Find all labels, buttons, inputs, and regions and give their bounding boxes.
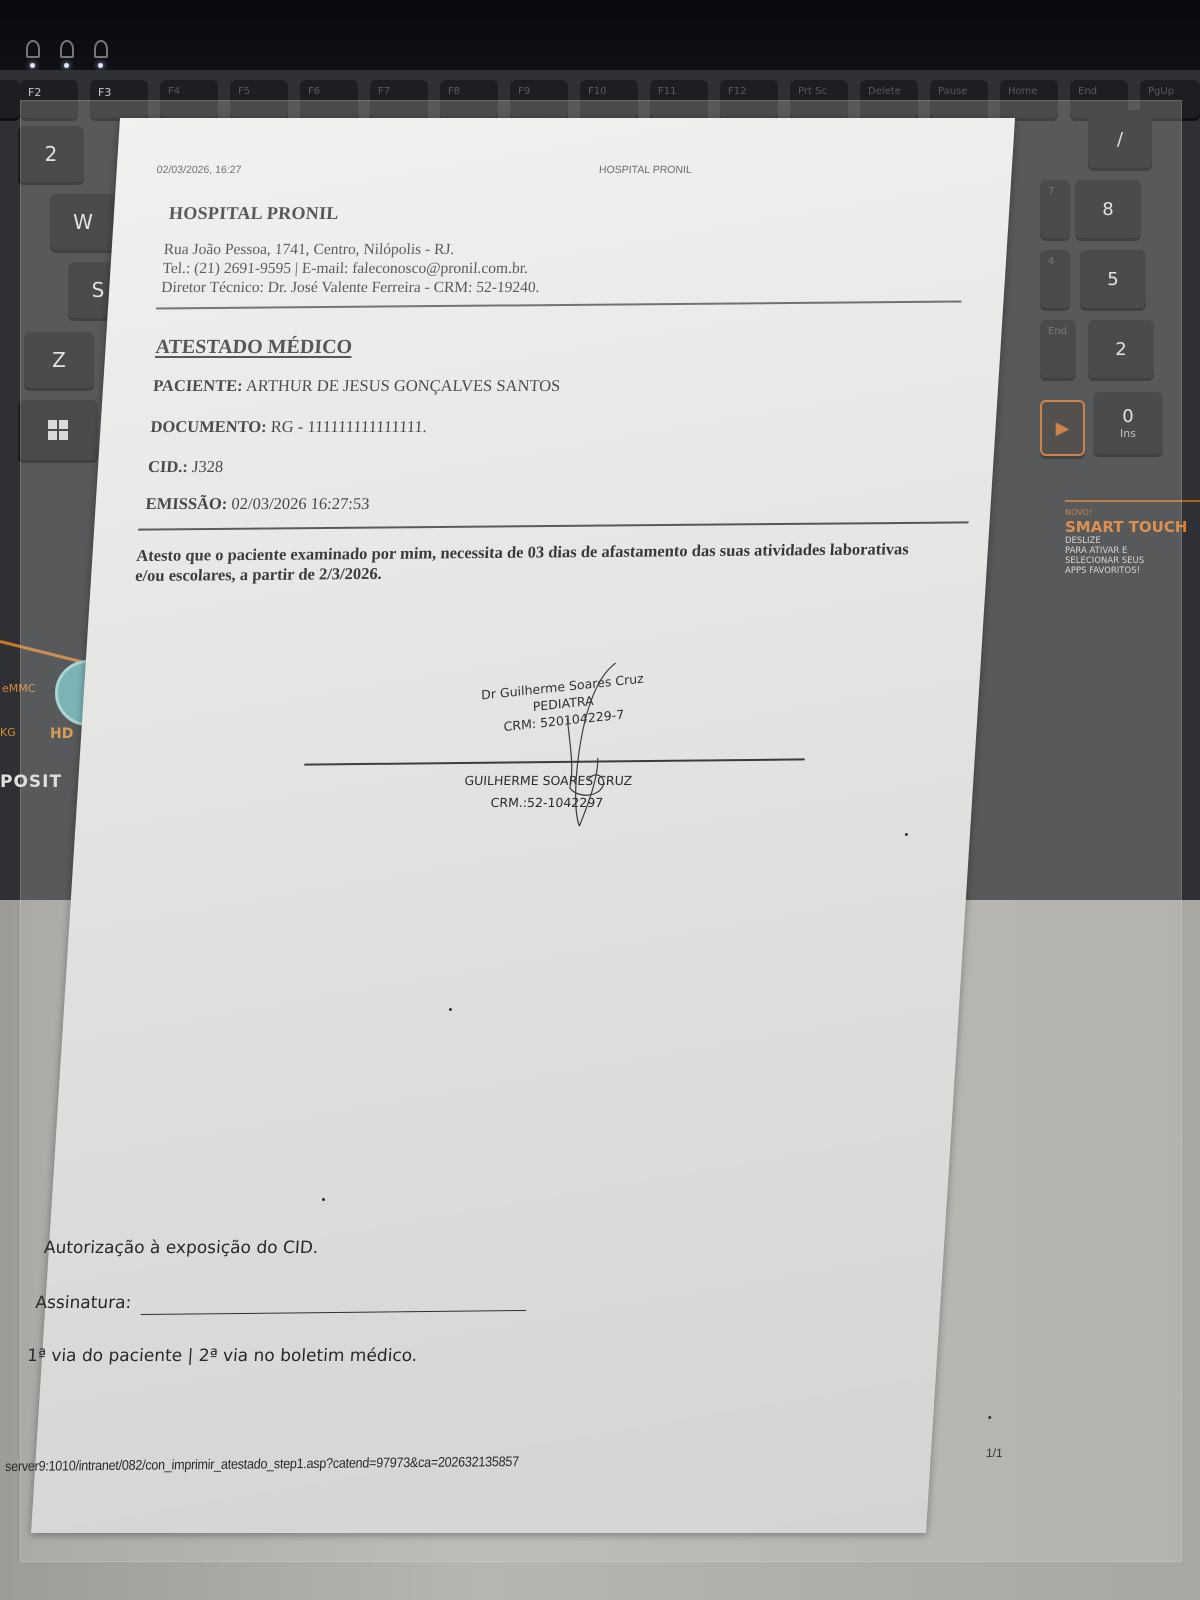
page-number: 1/1	[986, 1446, 1004, 1460]
field-value: 02/03/2026 16:27:53	[231, 494, 370, 513]
cid-authorization: Autorização à exposição do CID.	[43, 1238, 319, 1258]
hospital-name: HOSPITAL PRONIL	[168, 203, 339, 224]
browser-print-header: 02/03/2026, 16:27 HOSPITAL PRONIL	[156, 164, 692, 176]
field-cid: CID.: J328	[147, 457, 223, 477]
print-datetime: 02/03/2026, 16:27	[156, 164, 241, 176]
field-label: PACIENTE:	[153, 376, 244, 395]
copies-note: 1ª via do paciente | 2ª via no boletim m…	[26, 1346, 417, 1366]
field-emissao: EMISSÃO: 02/03/2026 16:27:53	[145, 494, 370, 514]
field-value: RG - 111111111111111.	[270, 417, 427, 436]
header-divider	[156, 300, 961, 309]
field-paciente: PACIENTE: ARTHUR DE JESUS GONÇALVES SANT…	[153, 376, 561, 396]
field-label: DOCUMENTO:	[150, 417, 267, 436]
status-leds	[26, 40, 108, 58]
print-footer-url: server9:1010/intranet/082/con_imprimir_a…	[5, 1453, 520, 1474]
medical-certificate-paper: 02/03/2026, 16:27 HOSPITAL PRONIL HOSPIT…	[31, 118, 1015, 1533]
fields-divider	[138, 521, 969, 530]
assinatura-blank-line	[141, 1298, 527, 1315]
kg-label: KG	[0, 726, 16, 739]
field-label: EMISSÃO:	[145, 494, 228, 513]
document-title: ATESTADO MÉDICO	[155, 336, 353, 359]
key-f1	[0, 80, 20, 118]
paper-speck	[322, 1198, 325, 1201]
hospital-address: Rua João Pessoa, 1741, Centro, Nilópolis…	[163, 240, 542, 259]
num-lock-led-icon	[94, 40, 108, 58]
field-label: CID.:	[147, 457, 188, 476]
hospital-contact: Tel.: (21) 2691-9595 | E-mail: faleconos…	[162, 259, 541, 278]
patient-signature-field: Assinatura:	[35, 1293, 527, 1313]
print-site-title: HOSPITAL PRONIL	[599, 164, 693, 176]
paper-speck	[905, 833, 908, 836]
paper-lighting	[31, 118, 1015, 1533]
hospital-director: Diretor Técnico: Dr. José Valente Ferrei…	[161, 278, 540, 297]
caps-lock-led-icon	[60, 40, 74, 58]
field-value: J328	[191, 457, 223, 476]
assinatura-label: Assinatura:	[35, 1293, 132, 1313]
power-led-icon	[26, 40, 40, 58]
certificate-statement: Atesto que o paciente examinado por mim,…	[135, 539, 938, 586]
field-value: ARTHUR DE JESUS GONÇALVES SANTOS	[245, 376, 561, 395]
paper-speck	[449, 1008, 452, 1011]
field-documento: DOCUMENTO: RG - 111111111111111.	[150, 417, 427, 437]
handwritten-signature-icon	[545, 658, 636, 828]
hospital-info: Rua João Pessoa, 1741, Centro, Nilópolis…	[161, 240, 543, 297]
laptop-top-bezel	[0, 0, 1200, 80]
